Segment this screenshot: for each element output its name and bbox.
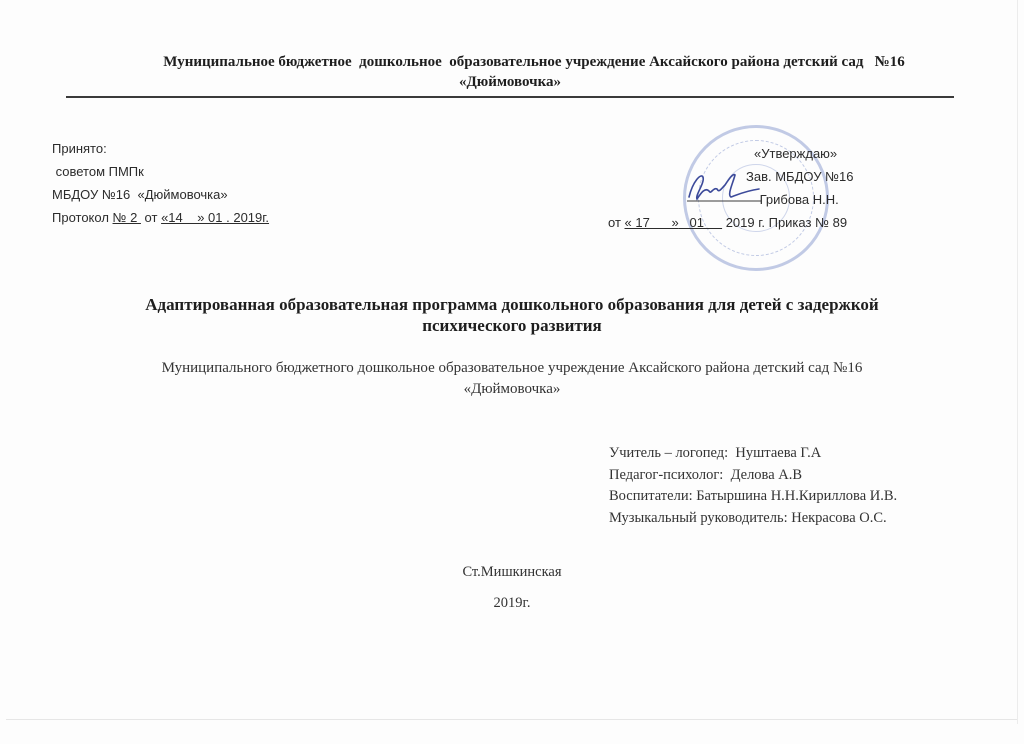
order-line: от « 17 » 01 2019 г. Приказ № 89 (608, 211, 908, 234)
protocol-number: № 2 (113, 210, 141, 225)
approved-label: «Утверждаю» (608, 142, 908, 165)
scan-edge-right (1017, 0, 1018, 724)
institution-full-name: Муниципальное бюджетное дошкольное образ… (66, 52, 954, 72)
program-title: Адаптированная образовательная программа… (70, 294, 954, 336)
staff-psychologist: Педагог-психолог: Делова А.В (609, 465, 897, 487)
document-page: Муниципальное бюджетное дошкольное образ… (0, 0, 1024, 744)
scan-edge-bottom (6, 719, 1018, 720)
program-title-line1: Адаптированная образовательная программа… (70, 294, 954, 315)
protocol-from: от (141, 210, 161, 225)
order-date-prefix: от (608, 215, 625, 230)
program-subtitle-line2: «Дюймовочка» (70, 379, 954, 400)
order-day: « 17 » (625, 215, 679, 230)
staff-music-director: Музыкальный руководитель: Некрасова О.С. (609, 508, 897, 530)
header-divider (66, 96, 954, 98)
document-year: 2019г. (0, 593, 1024, 613)
accepted-block: Принято: советом ПМПк МБДОУ №16 «Дюймово… (52, 137, 269, 229)
staff-educators: Воспитатели: Батыршина Н.Н.Кириллова И.В… (609, 486, 897, 508)
order-month: 01 (679, 215, 722, 230)
approved-block: «Утверждаю» Зав. МБДОУ №16 Грибова Н.Н. … (608, 142, 908, 234)
institution-short-name: «Дюймовочка» (66, 72, 954, 92)
accepted-label: Принято: (52, 137, 269, 160)
staff-list: Учитель – логопед: Нуштаева Г.А Педагог-… (609, 443, 897, 529)
protocol-date: «14 » 01 . 2019г. (161, 210, 269, 225)
program-subtitle: Муниципального бюджетного дошкольное обр… (70, 358, 954, 400)
place-name: Ст.Мишкинская (0, 562, 1024, 582)
program-title-line2: психического развития (70, 315, 954, 336)
approved-position: Зав. МБДОУ №16 (608, 165, 908, 188)
order-year-number: 2019 г. Приказ № 89 (722, 215, 847, 230)
protocol-line: Протокол № 2 от «14 » 01 . 2019г. (52, 206, 269, 229)
institution-header: Муниципальное бюджетное дошкольное образ… (66, 52, 954, 92)
program-subtitle-line1: Муниципального бюджетного дошкольное обр… (70, 358, 954, 379)
protocol-prefix: Протокол (52, 210, 113, 225)
approved-name: Грибова Н.Н. (608, 188, 908, 211)
staff-speech-therapist: Учитель – логопед: Нуштаева Г.А (609, 443, 897, 465)
accepted-org: МБДОУ №16 «Дюймовочка» (52, 183, 269, 206)
accepted-by: советом ПМПк (52, 160, 269, 183)
